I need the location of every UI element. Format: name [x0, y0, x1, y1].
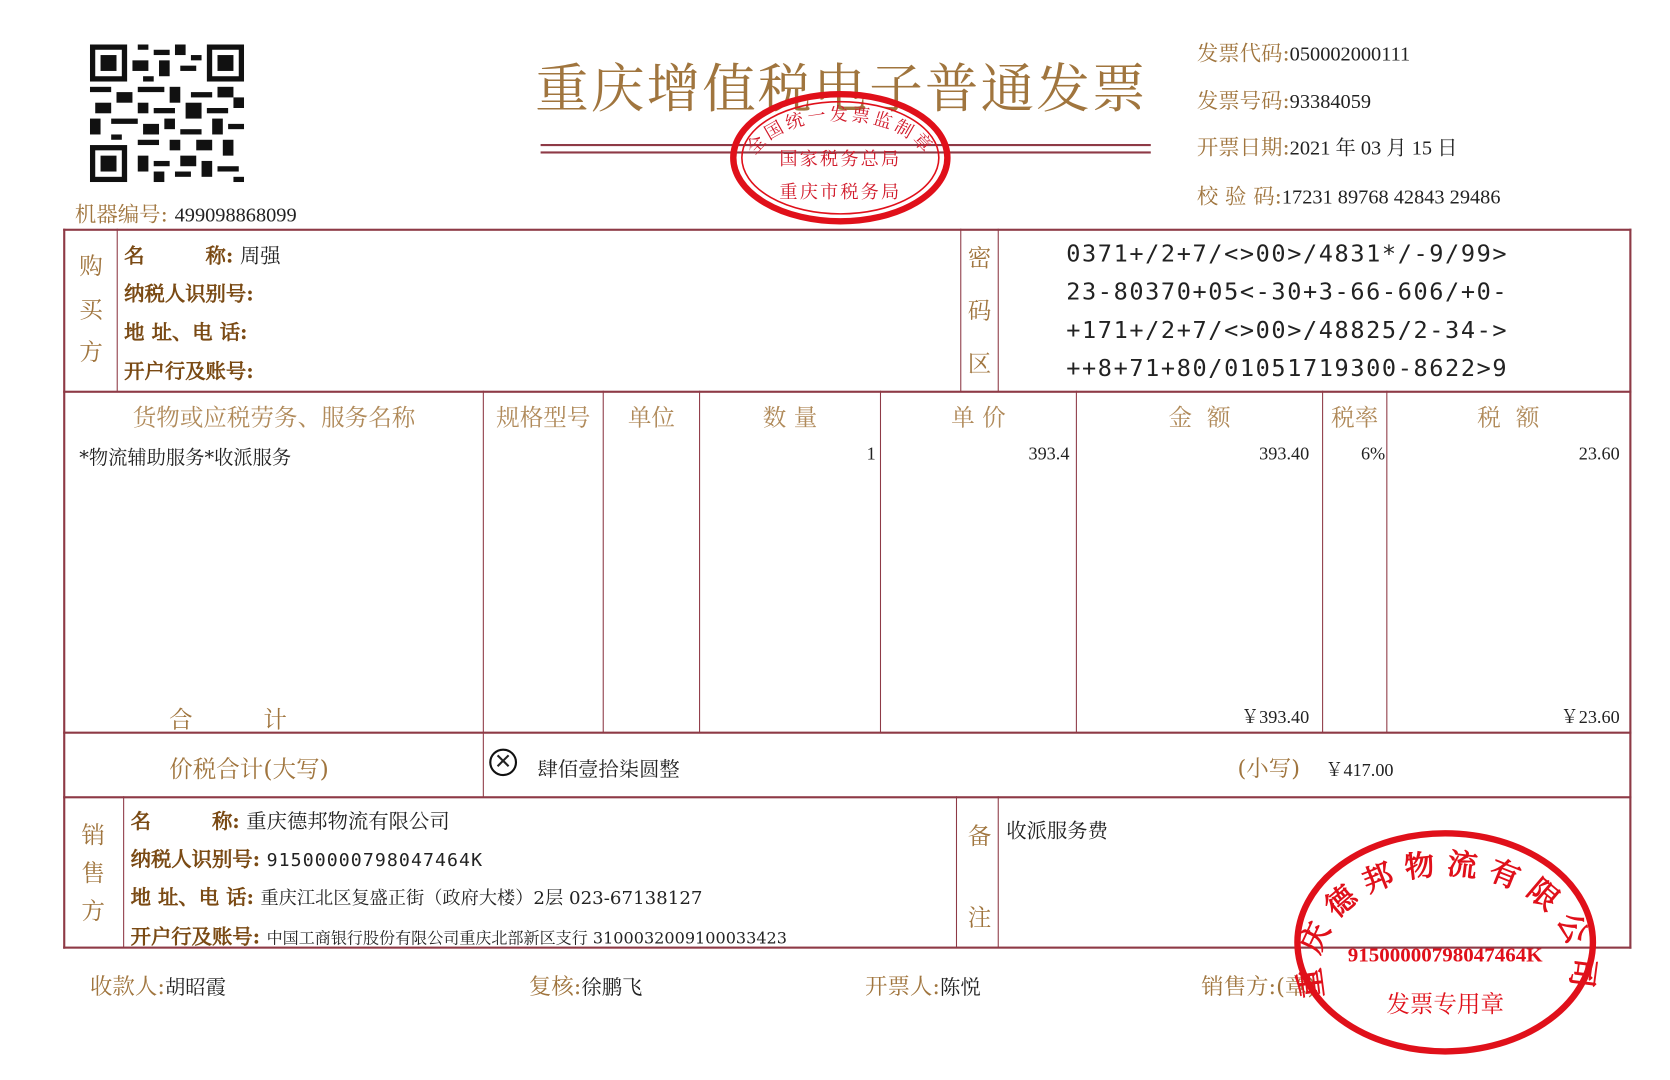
invoice-code-label: 发票代码: — [1197, 40, 1290, 65]
cipher-side-label-1: 密 — [963, 248, 995, 271]
total-amount: ￥393.40 — [1077, 702, 1309, 728]
item-amount: 393.40 — [1077, 444, 1309, 465]
cipher-line-4: ++8+71+80/01051719300-8622>9 — [1066, 356, 1508, 382]
seller-name-label: 名 称: — [131, 806, 240, 835]
check-code-value: 17231 89768 42843 29486 — [1282, 186, 1501, 208]
total-label: 合 计 — [169, 702, 287, 735]
col-header-unit: 单位 — [604, 400, 699, 433]
issuer-label: 开票人: — [865, 974, 940, 999]
machine-number-value: 499098868099 — [175, 204, 297, 226]
seller-bank-value: 中国工商银行股份有限公司重庆北部新区支行 3100032009100033423 — [267, 929, 787, 948]
seller-address-label: 地 址、电 话: — [131, 882, 254, 911]
col-header-tax: 税 额 — [1387, 400, 1629, 433]
payee-value: 胡昭霞 — [165, 976, 226, 999]
seller-side-label-2: 售 — [77, 863, 109, 886]
seller-sign-label: 销售方: — [1201, 974, 1276, 999]
seller-invoice-stamp: 重庆德邦物流有限公司 91500000798047464K 发票专用章 — [1290, 826, 1600, 1059]
reviewer-label: 复核: — [529, 974, 582, 999]
item-name: *物流辅助服务*收派服务 — [79, 443, 291, 471]
item-rate: 6% — [1323, 444, 1385, 465]
buyer-side-label-1: 购 — [75, 256, 107, 279]
grand-total-uppercase: 肆佰壹拾柒圆整 — [537, 754, 679, 783]
svg-text:发票专用章: 发票专用章 — [1386, 990, 1504, 1018]
footer-issuer: 开票人:陈悦 — [865, 970, 981, 1002]
seller-tax-id-label: 纳税人识别号: — [131, 844, 261, 873]
issuer-value: 陈悦 — [940, 976, 981, 999]
invoice-number: 发票号码:93384059 — [1197, 84, 1371, 115]
cipher-line-3: +171+/2+7/<>00>/48825/2-34-> — [1066, 318, 1508, 344]
col-header-qty: 数 量 — [700, 400, 880, 433]
invoice-document: 机器编号: 499098868099 重庆增值税电子普通发票 全国统一发票监制章… — [0, 0, 1670, 1080]
seller-name-row: 名 称: 重庆德邦物流有限公司 — [131, 806, 450, 835]
col-header-rate: 税率 — [1323, 400, 1386, 433]
seller-side-label-3: 方 — [77, 901, 109, 924]
invoice-date-value: 2021 年 03 月 15 日 — [1290, 138, 1458, 160]
total-tax: ￥23.60 — [1387, 702, 1619, 728]
svg-text:国家税务总局: 国家税务总局 — [779, 149, 901, 170]
buyer-side-label-3: 方 — [75, 342, 107, 365]
invoice-code: 发票代码:050002000111 — [1197, 36, 1410, 67]
col-header-spec: 规格型号 — [484, 400, 603, 433]
machine-number: 机器编号: 499098868099 — [75, 197, 297, 228]
col-header-price: 单 价 — [881, 400, 1076, 433]
cipher-line-1: 0371+/2+7/<>00>/4831*/-9/99> — [1066, 241, 1508, 267]
seller-tax-id-row: 纳税人识别号: 91500000798047464K — [131, 844, 484, 873]
buyer-address-row: 地 址、电 话: — [124, 317, 247, 346]
invoice-date-label: 开票日期: — [1197, 134, 1290, 159]
circled-x-icon: ✕ — [489, 749, 517, 777]
machine-number-label: 机器编号: — [75, 201, 168, 226]
remarks-side-label-2: 注 — [963, 907, 995, 930]
buyer-bank-row: 开户行及账号: — [124, 356, 254, 385]
buyer-side-label-2: 买 — [75, 300, 107, 323]
cipher-side-label-2: 码 — [963, 301, 995, 324]
buyer-address-label: 地 址、电 话: — [124, 317, 247, 346]
grand-total-lowercase-label: (小写) — [1237, 752, 1300, 784]
col-header-name: 货物或应税劳务、服务名称 — [65, 400, 482, 433]
tax-supervision-stamp: 全国统一发票监制章 国家税务总局 重庆市税务局 — [728, 89, 953, 227]
item-tax: 23.60 — [1387, 444, 1619, 465]
item-price: 393.4 — [881, 444, 1069, 465]
svg-text:重庆市税务局: 重庆市税务局 — [779, 182, 901, 203]
invoice-number-value: 93384059 — [1290, 91, 1371, 113]
buyer-name-row: 名 称: 周强 — [124, 240, 280, 269]
buyer-tax-id-row: 纳税人识别号: — [124, 278, 254, 307]
svg-text:91500000798047464K: 91500000798047464K — [1348, 944, 1543, 966]
invoice-date: 开票日期:2021 年 03 月 15 日 — [1197, 130, 1458, 161]
qr-code-icon — [90, 44, 244, 182]
seller-bank-row: 开户行及账号: 中国工商银行股份有限公司重庆北部新区支行 31000320091… — [131, 921, 787, 950]
footer-payee: 收款人:胡昭霞 — [90, 970, 226, 1002]
item-qty: 1 — [700, 444, 876, 465]
seller-side-label-1: 销 — [77, 825, 109, 848]
remarks-side-label-1: 备 — [963, 826, 995, 849]
remarks-text: 收派服务费 — [1006, 815, 1108, 844]
cipher-side-label-3: 区 — [963, 354, 995, 377]
grand-total-lowercase-value: ￥417.00 — [1325, 755, 1393, 781]
seller-address-row: 地 址、电 话: 重庆江北区复盛正街（政府大楼）2层 023-67138127 — [131, 882, 703, 911]
seller-bank-label: 开户行及账号: — [131, 921, 261, 950]
check-code-label: 校 验 码: — [1197, 183, 1282, 208]
invoice-code-value: 050002000111 — [1290, 43, 1411, 65]
reviewer-value: 徐鹏飞 — [581, 976, 642, 999]
invoice-number-label: 发票号码: — [1197, 88, 1290, 113]
seller-tax-id-value: 91500000798047464K — [267, 850, 483, 871]
grand-total-label: 价税合计(大写) — [169, 752, 329, 785]
check-code: 校 验 码:17231 89768 42843 29486 — [1197, 179, 1501, 210]
col-header-amount: 金 额 — [1077, 400, 1322, 433]
buyer-name-label: 名 称: — [124, 240, 233, 269]
seller-address-value: 重庆江北区复盛正街（政府大楼）2层 023-67138127 — [260, 888, 702, 909]
footer-reviewer: 复核:徐鹏飞 — [529, 970, 643, 1002]
cipher-line-2: 23-80370+05<-30+3-66-606/+0- — [1066, 280, 1508, 306]
payee-label: 收款人: — [90, 974, 165, 999]
buyer-tax-id-label: 纳税人识别号: — [124, 278, 254, 307]
seller-name-value: 重庆德邦物流有限公司 — [246, 810, 449, 833]
buyer-name-value: 周强 — [240, 245, 281, 268]
buyer-bank-label: 开户行及账号: — [124, 356, 254, 385]
